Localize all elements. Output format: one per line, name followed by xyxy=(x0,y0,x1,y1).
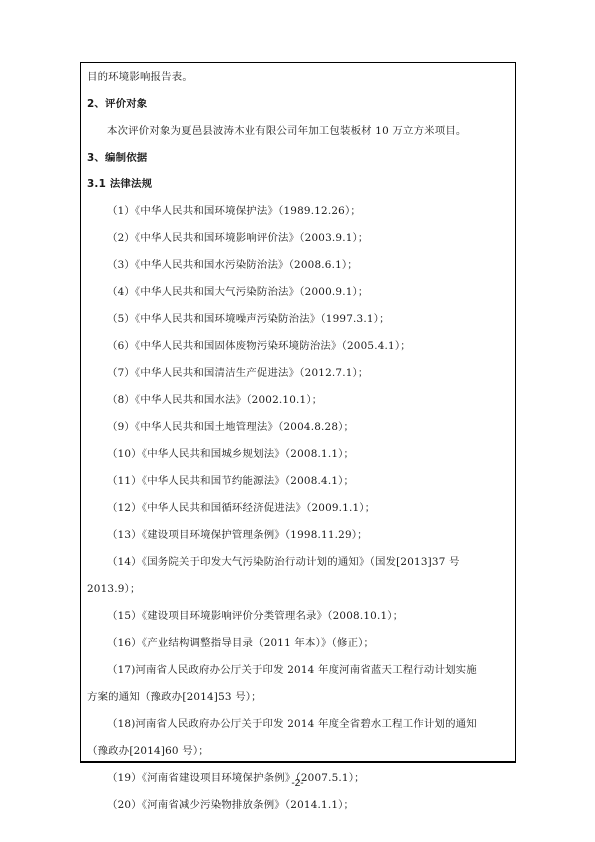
law-item-16: （16）《产业结构调整指导目录（2011 年本）》（修正）； xyxy=(107,637,509,650)
law-item-15: （15）《建设项目环境影响评价分类管理名录》（2008.10.1）； xyxy=(107,610,509,623)
law-item-17: （17)河南省人民政府办公厅关于印发 2014 年度河南省蓝天工程行动计划实施 xyxy=(107,664,509,677)
intro-continuation: 目的环境影响报告表。 xyxy=(87,71,509,84)
section-3-1-title: 3.1 法律法规 xyxy=(87,178,509,191)
law-item-11: （11）《中华人民共和国节约能源法》（2008.4.1）； xyxy=(107,475,509,488)
section-2-title: 2、评价对象 xyxy=(87,98,509,111)
page-number: -2- xyxy=(0,778,595,789)
law-item-5: （5）《中华人民共和国环境噪声污染防治法》（1997.3.1）； xyxy=(107,313,509,326)
content-frame: 目的环境影响报告表。 2、评价对象 本次评价对象为夏邑县波涛木业有限公司年加工包… xyxy=(80,62,516,763)
law-item-12: （12）《中华人民共和国循环经济促进法》（2009.1.1）； xyxy=(107,502,509,515)
law-item-2: （2）《中华人民共和国环境影响评价法》（2003.9.1）； xyxy=(107,232,509,245)
law-item-8: （8）《中华人民共和国水法》（2002.10.1）； xyxy=(107,394,509,407)
law-item-17-continuation: 方案的通知（豫政办[2014]53 号）； xyxy=(87,691,509,704)
law-item-6: （6）《中华人民共和国固体废物污染环境防治法》（2005.4.1）； xyxy=(107,340,509,353)
law-item-13: （13）《建设项目环境保护管理条例》（1998.11.29）； xyxy=(107,529,509,542)
law-item-1: （1）《中华人民共和国环境保护法》（1989.12.26）； xyxy=(107,205,509,218)
law-item-20: （20）《河南省减少污染物排放条例》（2014.1.1）； xyxy=(107,799,509,812)
law-item-14-continuation: 2013.9）； xyxy=(87,583,509,596)
law-item-9: （9）《中华人民共和国土地管理法》（2004.8.28）； xyxy=(107,421,509,434)
section-3-title: 3、编制依据 xyxy=(87,152,509,165)
law-item-7: （7）《中华人民共和国清洁生产促进法》（2012.7.1）； xyxy=(107,367,509,380)
law-item-4: （4）《中华人民共和国大气污染防治法》（2000.9.1）； xyxy=(107,286,509,299)
law-item-14: （14）《国务院关于印发大气污染防治行动计划的通知》（国发[2013]37 号 xyxy=(107,556,509,569)
law-item-18-continuation: （豫政办[2014]60 号）； xyxy=(87,745,509,758)
law-item-10: （10）《中华人民共和国城乡规划法》（2008.1.1）； xyxy=(107,448,509,461)
law-item-18: （18)河南省人民政府办公厅关于印发 2014 年度全省碧水工程工作计划的通知 xyxy=(107,718,509,731)
law-item-3: （3）《中华人民共和国水污染防治法》（2008.6.1）； xyxy=(107,259,509,272)
section-2-body: 本次评价对象为夏邑县波涛木业有限公司年加工包装板材 10 万立方米项目。 xyxy=(107,125,509,138)
